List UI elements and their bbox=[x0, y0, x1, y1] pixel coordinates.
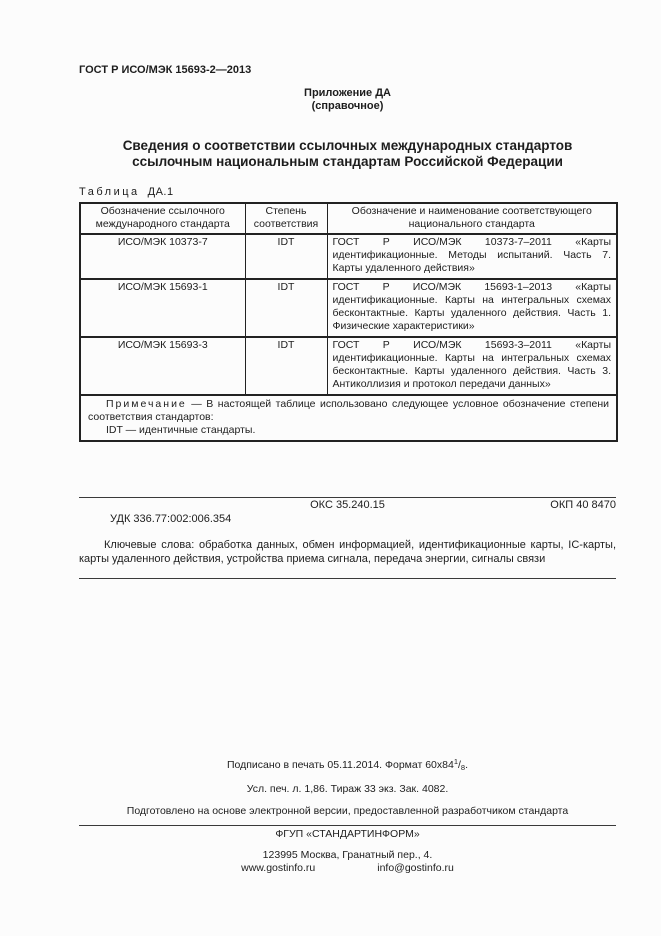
appendix-subtitle: (справочное) bbox=[79, 100, 616, 113]
correspondence-table: Обозначение ссылочного международного ст… bbox=[79, 202, 618, 442]
classification-codes-block: ОКС 35.240.15 ОКП 40 8470 УДК 336.77:002… bbox=[79, 497, 616, 579]
imprint-format-suffix: . bbox=[465, 759, 468, 771]
note-idt-definition: IDT — идентичные стандарты. bbox=[88, 424, 609, 437]
cell-degree: IDT bbox=[245, 234, 327, 279]
national-standard-text: ГОСТ Р ИСО/МЭК 10373-7–2011 «Карты идент… bbox=[333, 236, 612, 275]
appendix-title: Приложение ДА bbox=[79, 87, 616, 100]
table-note-row: Примечание — В настоящей таблице использ… bbox=[80, 395, 617, 441]
column-header-international: Обозначение ссылочного международного ст… bbox=[80, 203, 245, 234]
national-standard-text: ГОСТ Р ИСО/МЭК 15693-1–2013 «Карты идент… bbox=[333, 281, 612, 333]
table-note-cell: Примечание — В настоящей таблице использ… bbox=[80, 395, 617, 441]
section-title: Сведения о соответствии ссылочных междун… bbox=[79, 138, 616, 170]
imprint-print-date: Подписано в печать 05.11.2014. Формат 60… bbox=[79, 755, 616, 774]
appendix-header: Приложение ДА (справочное) bbox=[79, 87, 616, 113]
imprint-prepared-note: Подготовлено на основе электронной верси… bbox=[79, 805, 616, 818]
publisher-website: www.gostinfo.ru bbox=[241, 862, 315, 874]
imprint-print-run: Усл. печ. л. 1,86. Тираж 33 экз. Зак. 40… bbox=[79, 783, 616, 796]
publisher-name: ФГУП «СТАНДАРТИНФОРМ» bbox=[79, 828, 616, 841]
cell-national-standard: ГОСТ Р ИСО/МЭК 10373-7–2011 «Карты идент… bbox=[327, 234, 617, 279]
table-row: ИСО/МЭК 10373-7 IDT ГОСТ Р ИСО/МЭК 10373… bbox=[80, 234, 617, 279]
publisher-email: info@gostinfo.ru bbox=[377, 862, 454, 874]
udk-code: УДК 336.77:002:006.354 bbox=[110, 513, 616, 526]
publisher-contacts: www.gostinfo.ruinfo@gostinfo.ru bbox=[79, 862, 616, 875]
cell-international-standard: ИСО/МЭК 15693-1 bbox=[80, 279, 245, 337]
cell-degree: IDT bbox=[245, 279, 327, 337]
cell-degree: IDT bbox=[245, 337, 327, 395]
column-header-degree: Степень соответствия bbox=[245, 203, 327, 234]
imprint-format-prefix: Подписано в печать 05.11.2014. Формат 60… bbox=[227, 759, 454, 771]
publisher-block: ФГУП «СТАНДАРТИНФОРМ» 123995 Москва, Гра… bbox=[79, 825, 616, 875]
table-row: ИСО/МЭК 15693-1 IDT ГОСТ Р ИСО/МЭК 15693… bbox=[80, 279, 617, 337]
table-note: Примечание — В настоящей таблице использ… bbox=[88, 398, 609, 424]
cell-international-standard: ИСО/МЭК 10373-7 bbox=[80, 234, 245, 279]
cell-national-standard: ГОСТ Р ИСО/МЭК 15693-1–2013 «Карты идент… bbox=[327, 279, 617, 337]
cell-national-standard: ГОСТ Р ИСО/МЭК 15693-3–2011 «Карты идент… bbox=[327, 337, 617, 395]
keywords-paragraph: Ключевые слова: обработка данных, обмен … bbox=[79, 539, 616, 566]
national-standard-text: ГОСТ Р ИСО/МЭК 15693-3–2011 «Карты идент… bbox=[333, 339, 612, 391]
column-header-national: Обозначение и наименование соответствующ… bbox=[327, 203, 617, 234]
doc-number: ГОСТ Р ИСО/МЭК 15693-2—2013 bbox=[79, 64, 616, 77]
oks-code: ОКС 35.240.15 bbox=[310, 499, 385, 511]
table-header: Обозначение ссылочного международного ст… bbox=[80, 203, 617, 234]
cell-international-standard: ИСО/МЭК 15693-3 bbox=[80, 337, 245, 395]
table-caption: ТаблицаДА.1 bbox=[79, 186, 616, 199]
publisher-address: 123995 Москва, Гранатный пер., 4. bbox=[79, 849, 616, 862]
table-row: ИСО/МЭК 15693-3 IDT ГОСТ Р ИСО/МЭК 15693… bbox=[80, 337, 617, 395]
oks-okp-line: ОКС 35.240.15 ОКП 40 8470 bbox=[79, 499, 616, 512]
table-header-row: Обозначение ссылочного международного ст… bbox=[80, 203, 617, 234]
table-caption-word: Таблица bbox=[79, 186, 140, 198]
document-page: ГОСТ Р ИСО/МЭК 15693-2—2013 Приложение Д… bbox=[0, 0, 661, 936]
okp-code: ОКП 40 8470 bbox=[550, 499, 616, 512]
table-caption-number: ДА.1 bbox=[148, 186, 174, 198]
imprint-block: Подписано в печать 05.11.2014. Формат 60… bbox=[79, 755, 616, 818]
note-label: Примечание bbox=[106, 398, 187, 410]
